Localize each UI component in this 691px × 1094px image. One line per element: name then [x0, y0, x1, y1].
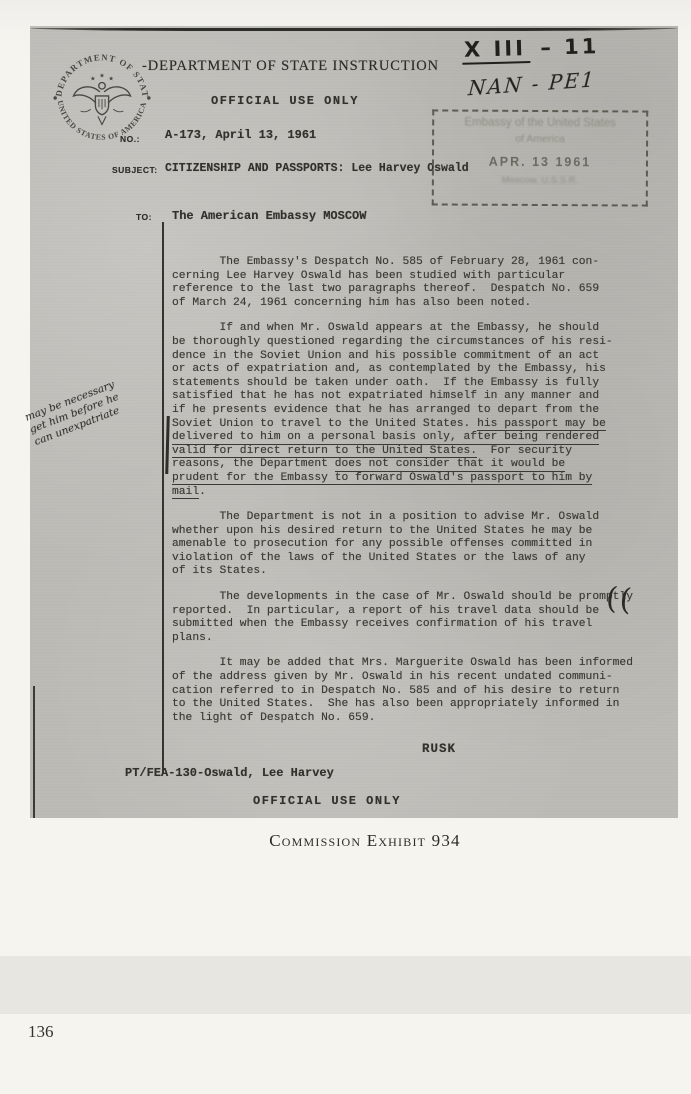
stamp-date: APR. 13 1961 [434, 154, 646, 169]
body-paragraphs: The Embassy's Despatch No. 585 of Februa… [172, 256, 658, 737]
classification-footer: OFFICIAL USE ONLY [220, 794, 434, 808]
handwritten-bracket-mark [165, 416, 169, 474]
scan-top-edge [30, 28, 678, 31]
paragraph: The developments in the case of Mr. Oswa… [172, 591, 658, 645]
paragraph: If and when Mr. Oswald appears at the Em… [172, 322, 658, 499]
subject-label: SUBJECT: [112, 165, 158, 175]
file-reference-line: PT/FEA-130-Oswald, Lee Harvey [125, 766, 334, 780]
handwritten-margin-note: may be necessaryget him before hecan une… [23, 366, 158, 449]
file-ref-roman-numeral: X III [462, 36, 531, 65]
left-vertical-rule [162, 222, 164, 774]
svg-text:★: ★ [108, 76, 114, 83]
svg-text:★: ★ [99, 73, 105, 80]
no-label: NO.: [120, 134, 140, 144]
paragraph: The Embassy's Despatch No. 585 of Februa… [172, 256, 658, 310]
document-title: -DEPARTMENT OF STATE INSTRUCTION [142, 58, 439, 75]
seal-stars: ★★★ [90, 73, 114, 83]
handwritten-file-reference: X III – 11 [462, 34, 600, 62]
signature: RUSK [422, 742, 456, 756]
to-value: The American Embassy MOSCOW [172, 209, 366, 223]
eagle-icon [73, 83, 130, 125]
stamp-line-2: of America [434, 132, 646, 145]
to-label: TO: [136, 212, 152, 222]
classification-header: OFFICIAL USE ONLY [180, 94, 390, 108]
page-shading-band [0, 956, 691, 1014]
scanned-document: DEPARTMENT OF STATE UNITED STATES OF AME… [30, 26, 678, 818]
scan-left-edge [33, 686, 35, 818]
svg-text:★: ★ [90, 76, 96, 83]
stamp-line-1: Embassy of the United States [434, 116, 646, 129]
paragraph: It may be added that Mrs. Marguerite Osw… [172, 657, 658, 725]
exhibit-caption: Commission Exhibit 934 [80, 831, 650, 851]
file-ref-suffix: – 11 [530, 34, 600, 60]
subject-value: CITIZENSHIP AND PASSPORTS: Lee Harvey Os… [165, 162, 469, 175]
instruction-number: A-173, April 13, 1961 [165, 128, 316, 142]
paragraph: The Department is not in a position to a… [172, 511, 658, 579]
stamp-line-4: Moscow, U.S.S.R. [434, 174, 646, 186]
page-number: 136 [28, 1022, 54, 1042]
handwritten-annotation: NAN - PE1 [467, 67, 596, 100]
handwritten-right-margin-mark: (( [605, 581, 635, 618]
embassy-received-stamp: Embassy of the United States of America … [432, 109, 648, 206]
